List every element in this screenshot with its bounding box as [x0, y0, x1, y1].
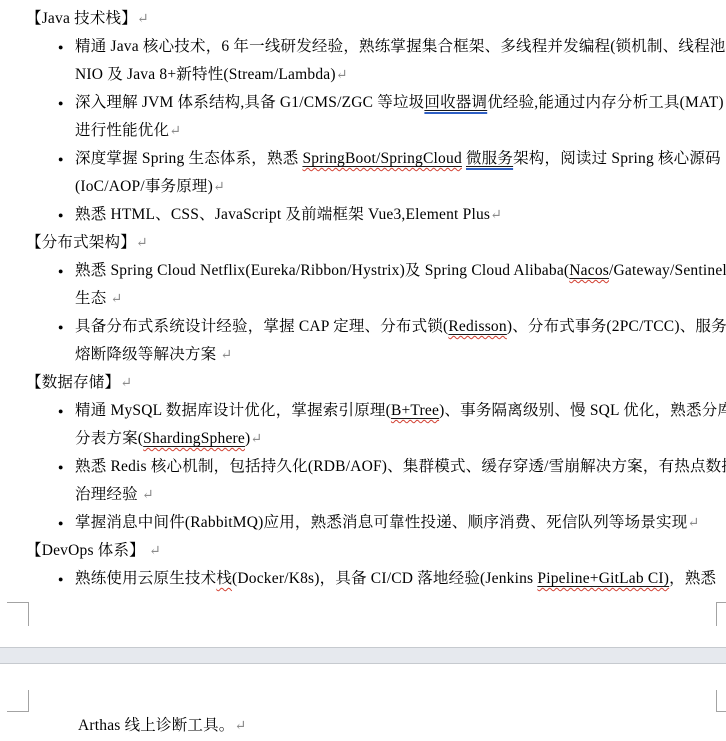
bullet-icon: ● [58, 257, 64, 285]
page1-bottom-right-margin-mark [716, 602, 717, 626]
paragraph-mark-icon: ↵ [110, 292, 122, 307]
paragraph-mark-icon: ↵ [490, 208, 502, 223]
text-segment: 【分布式架构】 [26, 234, 136, 251]
underlined-text: Pipeline+GitLab CI) [537, 570, 669, 587]
paragraph-mark-icon: ↵ [169, 124, 181, 139]
text-segment: (Docker/K8s)，具备 CI/CD 落地经验(Jenkins [232, 570, 537, 587]
grammar-flagged-term: 微服务 [466, 150, 513, 167]
text-line[interactable]: ●熟练使用云原生技术栈(Docker/K8s)，具备 CI/CD 落地经验(Je… [0, 565, 726, 593]
text-segment: 【DevOps 体系】 [26, 542, 149, 559]
page2-top-left-margin-mark [28, 690, 29, 712]
text-line[interactable]: Arthas 线上诊断工具。↵ [3, 712, 726, 740]
paragraph-mark-icon: ↵ [142, 488, 154, 503]
word-document-canvas[interactable]: 【Java 技术栈】↵●精通 Java 核心技术，6 年一线研发经验，熟练掌握集… [0, 0, 726, 741]
misspelled-term: SpringBoot/SpringCloud [302, 150, 461, 167]
paragraph-mark-icon: ↵ [336, 68, 348, 83]
misspelled-term: Pipeline+GitLab CI) [537, 570, 669, 587]
text-segment: 熟悉 Redis 核心机制，包括持久化(RDB/AOF)、集群模式、缓存穿透/雪… [75, 458, 726, 475]
bullet-icon: ● [58, 313, 64, 341]
paragraph-mark-icon: ↵ [250, 432, 262, 447]
page1-bottom-left-margin-mark [28, 602, 29, 626]
paragraph-mark-icon: ↵ [687, 516, 699, 531]
text-segment: 熟悉 HTML、CSS、JavaScript 及前端框架 Vue3,Elemen… [75, 206, 490, 223]
paragraph-mark-icon: ↵ [136, 236, 148, 251]
text-line[interactable]: ●熟悉 Redis 核心机制，包括持久化(RDB/AOF)、集群模式、缓存穿透/… [0, 453, 726, 481]
section-heading[interactable]: 【分布式架构】↵ [0, 229, 726, 257]
text-segment: )、分布式事务(2PC/TCC)、服务 [507, 318, 726, 335]
text-segment: 分表方案( [75, 430, 143, 447]
text-segment: 具备分布式系统设计经验，掌握 CAP 定理、分布式锁( [75, 318, 448, 335]
text-segment: 熟悉 Spring Cloud Netflix(Eureka/Ribbon/Hy… [75, 262, 569, 279]
page1-bottom-left-margin-mark [7, 602, 29, 603]
underlined-text: Redisson [448, 318, 506, 335]
text-line[interactable]: 生态 ↵ [0, 285, 726, 313]
text-line[interactable]: ●熟悉 HTML、CSS、JavaScript 及前端框架 Vue3,Eleme… [0, 201, 726, 229]
misspelled-term: 栈 [216, 570, 232, 587]
text-segment: NIO 及 Java 8+新特性(Stream/Lambda) [75, 66, 336, 83]
text-segment: 优经验,能通过内存分析工具(MAT) [487, 94, 724, 111]
page1-text-area[interactable]: 【Java 技术栈】↵●精通 Java 核心技术，6 年一线研发经验，熟练掌握集… [0, 5, 726, 593]
text-segment: 深度掌握 Spring 生态体系，熟悉 [75, 150, 302, 167]
paragraph-mark-icon: ↵ [220, 348, 232, 363]
text-line[interactable]: 治理经验 ↵ [0, 481, 726, 509]
underlined-text: 回收器调 [424, 94, 487, 111]
bullet-icon: ● [58, 33, 64, 61]
page2-top-right-margin-mark [716, 690, 717, 712]
bullet-icon: ● [58, 397, 64, 425]
misspelled-term: B+Tree [391, 402, 439, 419]
text-segment: 熟练使用云原生技术 [75, 570, 216, 587]
page-break-gap [0, 647, 726, 664]
text-line[interactable]: NIO 及 Java 8+新特性(Stream/Lambda)↵ [0, 61, 726, 89]
bullet-icon: ● [58, 453, 64, 481]
misspelled-term: Redisson [448, 318, 506, 335]
text-line[interactable]: 进行性能优化↵ [0, 117, 726, 145]
misspelled-term: Nacos [569, 262, 609, 279]
bullet-icon: ● [58, 145, 64, 173]
text-segment: ，熟悉 [669, 570, 716, 587]
text-line[interactable]: 分表方案(ShardingSphere)↵ [0, 425, 726, 453]
misspelled-term: ShardingSphere [143, 430, 245, 447]
text-line[interactable]: ●深入理解 JVM 体系结构,具备 G1/CMS/ZGC 等垃圾回收器调优经验,… [0, 89, 726, 117]
text-line[interactable]: ●精通 Java 核心技术，6 年一线研发经验，熟练掌握集合框架、多线程并发编程… [0, 33, 726, 61]
text-segment: 进行性能优化 [75, 122, 169, 139]
text-segment: 【Java 技术栈】 [26, 10, 137, 27]
underlined-text: 微服务 [466, 150, 513, 167]
paragraph-mark-icon: ↵ [213, 180, 225, 195]
paragraph-mark-icon: ↵ [137, 12, 149, 27]
underlined-text: SpringBoot/SpringCloud [302, 150, 461, 167]
text-segment: 深入理解 JVM 体系结构,具备 G1/CMS/ZGC 等垃圾 [75, 94, 424, 111]
text-line[interactable]: ●深度掌握 Spring 生态体系，熟悉 SpringBoot/SpringCl… [0, 145, 726, 173]
page2-text-area[interactable]: Arthas 线上诊断工具。↵ [3, 712, 726, 740]
page1-bottom-right-margin-mark [716, 602, 726, 603]
section-heading[interactable]: 【DevOps 体系】 ↵ [0, 537, 726, 565]
text-segment: (IoC/AOP/事务原理) [75, 178, 213, 195]
text-line[interactable]: ●掌握消息中间件(RabbitMQ)应用，熟悉消息可靠性投递、顺序消费、死信队列… [0, 509, 726, 537]
text-segment: 掌握消息中间件(RabbitMQ)应用，熟悉消息可靠性投递、顺序消费、死信队列等… [75, 514, 687, 531]
bullet-icon: ● [58, 201, 64, 229]
paragraph-mark-icon: ↵ [149, 544, 161, 559]
text-segment: /Gateway/Sentinel) [609, 262, 726, 279]
text-segment: 【数据存储】 [26, 374, 120, 391]
section-heading[interactable]: 【数据存储】↵ [0, 369, 726, 397]
text-segment: )、事务隔离级别、慢 SQL 优化，熟悉分库 [439, 402, 726, 419]
bullet-icon: ● [58, 509, 64, 537]
grammar-flagged-term: 回收器调 [424, 94, 487, 111]
text-line[interactable]: ●熟悉 Spring Cloud Netflix(Eureka/Ribbon/H… [0, 257, 726, 285]
text-segment: 生态 [75, 290, 110, 307]
underlined-text: Nacos [569, 262, 609, 279]
text-segment: 熔断降级等解决方案 [75, 346, 220, 363]
text-line[interactable]: 熔断降级等解决方案 ↵ [0, 341, 726, 369]
text-line[interactable]: ●精通 MySQL 数据库设计优化，掌握索引原理(B+Tree)、事务隔离级别、… [0, 397, 726, 425]
text-segment: Arthas 线上诊断工具。 [78, 717, 235, 734]
bullet-icon: ● [58, 89, 64, 117]
text-segment: 治理经验 [75, 486, 142, 503]
text-line[interactable]: ●具备分布式系统设计经验，掌握 CAP 定理、分布式锁(Redisson)、分布… [0, 313, 726, 341]
paragraph-mark-icon: ↵ [235, 719, 247, 734]
underlined-text: ShardingSphere [143, 430, 245, 447]
text-line[interactable]: (IoC/AOP/事务原理)↵ [0, 173, 726, 201]
paragraph-mark-icon: ↵ [120, 376, 132, 391]
text-segment: 精通 MySQL 数据库设计优化，掌握索引原理( [75, 402, 391, 419]
underlined-text: B+Tree [391, 402, 439, 419]
text-segment: 架构，阅读过 Spring 核心源码 [513, 150, 721, 167]
bullet-icon: ● [58, 565, 64, 593]
text-segment: 精通 Java 核心技术，6 年一线研发经验，熟练掌握集合框架、多线程并发编程(… [75, 38, 726, 55]
section-heading[interactable]: 【Java 技术栈】↵ [0, 5, 726, 33]
